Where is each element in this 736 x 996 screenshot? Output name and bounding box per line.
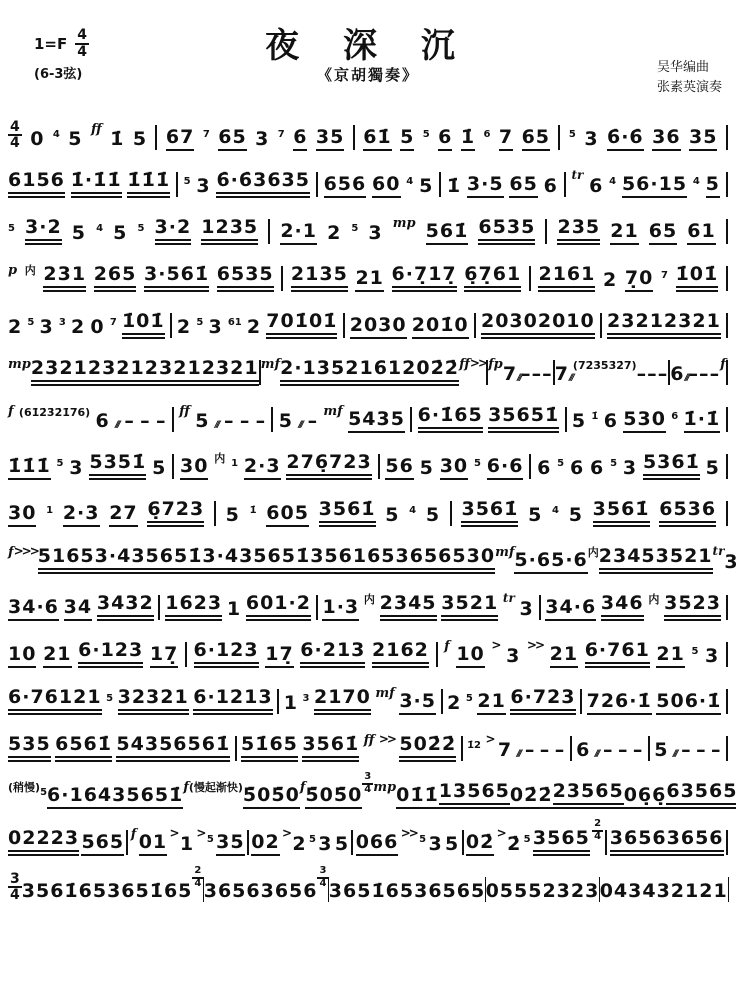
grace-note: 4 [552,505,559,516]
grace-note: 4 [96,223,103,234]
note-group: 5̄05̄0 [305,785,362,809]
note-group: – [521,364,532,386]
note-group: 17̣ [265,644,293,668]
barline [461,736,463,761]
note-group: 17̣ [150,644,178,668]
note-group: 5·6 [514,550,551,574]
note-group: 3565 [533,828,590,856]
grace-note: 4 [406,176,413,187]
music-line: 10216·12317̣6·12317̣6·2132162f10>3>>216·… [6,635,730,668]
note-group: – [647,364,658,386]
barline [570,736,572,761]
note-group: 7̣0 [625,268,653,292]
music-line: 53·254553·212352·1253mp561̇6535235216561 [6,212,730,245]
note-group: 535 [8,734,51,762]
note-group: 530 [623,409,666,433]
note-group: 2 [8,317,22,339]
note-group: 2 [247,317,261,339]
note-group: 30 [440,456,468,480]
barline [281,266,283,291]
note-group: – [532,364,543,386]
note-group: 066 [356,832,399,856]
note-group: 2321 [145,358,202,386]
grace-note: 5 [569,129,576,140]
grace-note: 5 [40,787,47,798]
note-group: 565 [81,832,124,856]
accent-mark: > [485,732,493,746]
note-group: 3·2 [25,217,62,245]
dynamic-mark: mf [261,357,280,372]
note-group: 1̇·1̇ [684,409,721,433]
grace-note: 5 [196,317,203,328]
note-group: – [256,411,267,433]
note-group: 3·561̇ [144,264,209,292]
barline [726,501,728,526]
annotation: (慢起渐快) [189,779,243,795]
music-line: 44045ff1̇5677653763561̇5561̇6765536̇·6̇3… [6,118,730,151]
annotation: (稍慢) [8,779,40,795]
note-group: 35 [689,127,717,151]
note-group: – [681,740,692,762]
dynamic-mark: mp [8,357,31,372]
tremolo-mark: ∕∕∕ [569,373,573,383]
note-group: 30 [180,456,208,480]
grace-note: 5 [57,458,64,469]
barline [564,172,566,197]
note-group: 5̄05̄0 [243,785,300,809]
note-group: 1 [227,599,241,621]
note-group: 2321 [31,358,88,386]
note-group: 2161 [538,264,595,292]
note-group: 726·1̇ [587,691,652,715]
note-group: 3523 [664,593,721,621]
note-group: 2345 [380,593,437,621]
note-group: 5 [569,505,583,527]
note-group: – [699,364,710,386]
note-group: 6·123 [78,640,143,668]
note-group: 5361̇ [643,452,700,480]
dynamic-mark: fp [488,357,503,372]
annotation: 内 [25,262,36,278]
note-group: 605 [266,503,309,527]
annotation: (72̇3̇5̇3̇2̇7) [573,359,637,372]
barline [378,454,380,479]
note-group: 0 [30,129,44,151]
note-group: 2 [71,317,85,339]
note-group: 5 [572,411,586,433]
note-group: – [240,411,251,433]
grace-note: 5 [610,458,617,469]
grace-note: 1 [46,505,53,516]
note-group: – [689,364,700,386]
barline [580,689,582,714]
grace-note: 6 [484,129,491,140]
note-group: 01̇1̇ [396,785,439,809]
dynamic-mark: f [444,639,450,654]
note-group: 65 [509,174,537,198]
time-signature: 44 [8,120,22,151]
note-group: 7 [498,740,512,762]
note-group: – [658,364,669,386]
barline [726,360,728,385]
barline [726,689,728,714]
barline [235,736,237,761]
note-group: 63565 [666,781,736,809]
note-group: 5 [528,505,542,527]
note-group: 5 [426,505,440,527]
note-group: – [124,411,135,433]
note-group: 5 [152,458,166,480]
note-group: 10 [8,644,36,668]
note-group: 701̇01̇ [266,311,337,339]
grace-note: 5 [474,458,481,469]
music-line: 6·761215323216·1213132170mf3·525216·7237… [6,682,730,715]
barline [450,501,452,526]
note-group: 3 [40,317,54,339]
note-group: – [525,740,536,762]
note-group: 6̣723 [147,499,204,527]
meter-change: 24 [192,866,203,889]
grace-note: 5 [351,223,358,234]
music-line: 1̇1̇1̇535351̇530内12·3276̣7235653056·6656… [6,447,730,480]
note-group: – [540,740,551,762]
grace-note: 1 [231,458,238,469]
note-group: 3651̇6536565 [329,881,485,903]
accent-mark: > [169,826,177,840]
barline [185,642,187,667]
music-line: 343561̇653651̇652436563656343651̇6536565… [6,870,730,903]
note-group: 5435 [348,409,405,433]
note-group: 1̇01̇ [676,264,719,292]
note-group: 6̇·6̇3635 [216,170,310,198]
note-group: 6 [604,411,618,433]
note-group: – [637,364,648,386]
dynamic-mark: f [8,404,14,419]
note-group: – [555,740,566,762]
barline [726,125,728,150]
note-group: 61̇ [363,127,391,151]
barline [605,830,607,855]
note-group: 3 [428,834,442,856]
barline [539,595,541,620]
note-group: 1̇ [447,176,461,198]
note-group: 043432121 [600,881,728,903]
note-group: 3·5 [467,174,504,198]
note-group: 5 [400,127,414,151]
tremolo-mark: ∕∕∕ [115,420,119,430]
barline [726,172,728,197]
tremolo-mark: ∕∕∕ [673,749,677,759]
note-group: 2135 [291,264,348,292]
note-group: 3 [724,552,736,574]
note-group: 6 [590,458,604,480]
grace-note: 5 [8,223,15,234]
note-group: 54356561̇ [116,734,230,762]
note-group: 6·723 [510,687,575,715]
note-group: 235 [557,217,600,245]
note-group: – [224,411,235,433]
barline [529,266,531,291]
note-group: – [710,364,721,386]
trill-mark: tr [713,544,725,558]
note-group: – [542,364,553,386]
note-group: 5 [420,458,434,480]
note-group: 5 [226,505,240,527]
note-group: 201̇0 [412,315,469,339]
note-group: 5 [385,505,399,527]
note-group: 3 [623,458,637,480]
note-group: 651̇ [141,785,184,809]
note-group: 5 [445,834,459,856]
note-group: 02 [251,832,279,856]
annotation: 内 [648,591,659,607]
note-group: 1̇1̇1̇ [8,456,51,480]
barline [170,313,172,338]
meter-change: 34 [317,866,328,889]
barline [126,830,128,855]
note-group: 21 [355,268,383,292]
note-group: 5351̇ [89,452,146,480]
note-group: 2170 [314,687,371,715]
note-group: 3 [368,223,382,245]
note-group: 231 [43,264,86,292]
grace-note: 5 [27,317,34,328]
note-group: 23565 [553,781,624,809]
note-group: 2·3 [63,503,100,527]
note-group: 6535 [478,217,535,245]
music-line: 02223565f01>1>53502>2535066>>53502̇>2̇53… [6,823,730,856]
note-group: 3 [318,834,332,856]
note-group: 1235 [201,217,258,245]
note-group: 6·213 [300,640,365,668]
note-group: 561̇ [426,221,469,245]
barline [726,219,728,244]
note-group: 6·761 [585,640,650,668]
note-group: 5 [419,176,433,198]
note-group: 3 [69,458,83,480]
barline [600,313,602,338]
note-group: 56 [385,456,413,480]
note-group: 2·1 [280,221,317,245]
dynamic-mark: f [300,780,306,795]
note-group: 3 [506,646,520,668]
note-group: 3 [520,599,534,621]
note-group: 6 [438,127,452,151]
barline [277,689,279,714]
note-group: 35 [112,785,140,809]
dynamic-mark: f [131,827,137,842]
note-group: 502̇2̇ [399,734,456,762]
barline [726,266,728,291]
note-group: 5 [706,174,720,198]
barline [172,407,174,432]
note-group: 21 [477,691,505,715]
note-group: 0 [90,317,104,339]
note-group: 6·6 [487,456,524,480]
barline [726,454,728,479]
annotation: 内 [364,591,375,607]
note-group: 6·1̇65 [418,405,483,433]
tremolo-mark: ∕∕∕ [685,373,689,383]
note-group: 36 [652,127,680,151]
note-group: 34·6 [8,597,59,621]
note-group: 265 [94,264,137,292]
note-group: – [156,411,167,433]
note-group: 35616536 [310,546,424,574]
time-signature: 34 [8,872,22,903]
accent-mark: > [282,826,290,840]
grace-note: 5 [184,176,191,187]
barline [545,219,547,244]
note-group: – [696,740,707,762]
dynamic-mark: f [720,357,726,372]
barline [316,172,318,197]
note-group: 2321 [88,358,145,386]
barline [529,454,531,479]
note-group: 61 [687,221,715,245]
note-group: 2·135 [280,358,345,386]
note-group: 01 [139,832,167,856]
tremolo-mark: ∕∕∕ [517,373,521,383]
note-group: 5 [706,458,720,480]
barline [474,313,476,338]
note-group: 65 [218,127,246,151]
grace-note: 1̇ [591,411,598,422]
dynamic-mark: ff [459,357,470,372]
page-subtitle: 《京胡獨奏》 [0,64,736,85]
note-group: 5 [72,223,86,245]
accent-mark: >> [401,826,417,840]
note-group: 3 [196,176,210,198]
grace-note: 1̇2 [467,740,481,751]
accent-mark: >> [470,356,486,370]
music-line: f>>>51653·435651̇3·435651̇3561653656530m… [6,541,730,574]
credit-performer: 张素英演奏 [657,78,722,98]
note-group: 6·76121 [8,687,102,715]
note-group: 23212321 [607,311,721,339]
note-group: 3561̇653651̇65 [22,881,193,903]
grace-note: 5 [423,129,430,140]
tremolo-mark: ∕∕∕ [517,749,521,759]
barline [565,407,567,432]
grace-note: 7 [661,270,668,281]
note-group: 3521 [441,593,498,621]
note-group: 60 [372,174,400,198]
music-line: f(61̇2̇3̇2̇1̇76)6∕∕∕–––ff5∕∕∕–––5∕∕∕–mf5… [6,400,730,433]
barline [351,830,353,855]
sheet-music-page: 1=F 4 4 (6-3弦) 夜 深 沉 《京胡獨奏》 吴华编曲 张素英演奏 4… [0,0,736,996]
note-group: 6·123 [194,640,259,668]
note-group: 1·3 [322,597,359,621]
note-group: 3 [255,129,269,151]
barline [441,689,443,714]
note-group: 3561̇ [319,499,376,527]
barline [726,830,728,855]
accent-mark: > [491,638,499,652]
annotation: 内 [214,450,225,466]
note-group: 02̇2̇ [510,785,553,809]
barline [158,595,160,620]
note-group: 1 [180,834,194,856]
grace-note: 7 [278,129,285,140]
note-group: 6 [589,176,603,198]
note-group: 656 [324,174,367,198]
note-group: 6 [537,458,551,480]
note-group: – [603,740,614,762]
note-group: 6̣7̣61 [464,264,521,292]
header: 1=F 4 4 (6-3弦) 夜 深 沉 《京胡獨奏》 吴华编曲 张素英演奏 [0,0,736,112]
note-group: 3 [208,317,222,339]
barline [172,454,174,479]
music-line: 61561̇·1̇1̇1̇1̇1̇536̇·6̇363565660451̇3·5… [6,165,730,198]
note-group: 35 [216,832,244,856]
dynamic-mark: mf [375,686,394,701]
grace-note: 3 [302,693,309,704]
note-group: – [633,740,644,762]
trill-mark: tr [571,168,583,182]
note-group: 6 [670,364,684,386]
note-group: 35 [316,127,344,151]
grace-note: 7 [110,317,117,328]
note-group: 6 [544,176,558,198]
credit-composer: 吴华编曲 [657,58,722,78]
barline [316,595,318,620]
grace-note: 4 [409,505,416,516]
note-group: 1̇·1̇1̇ [71,170,122,198]
note-group: 3432 [97,593,154,621]
dynamic-mark: mf [323,404,342,419]
note-group: 2 [603,270,617,292]
barline [439,172,441,197]
barline [155,125,157,150]
note-group: – [711,740,722,762]
grace-note: 5 [137,223,144,234]
note-group: 1̇1̇1̇ [127,170,170,198]
note-group: 6561̇ [55,734,112,762]
grace-note: 5 [524,834,531,845]
note-group: 2·3 [244,456,281,480]
note-group: 23453521 [599,546,713,574]
note-group: 3 [584,129,598,151]
dynamic-mark: mf [495,545,514,560]
accent-mark: > [497,826,505,840]
credits: 吴华编曲 张素英演奏 [657,58,722,97]
dynamic-mark: ff [364,733,375,748]
note-group: 65 [522,127,550,151]
note-group: 6·7̣17̣ [392,264,457,292]
note-group: 276̣723 [286,452,371,480]
barline [268,219,270,244]
note-group: 13565 [439,781,510,809]
note-group: 2 [327,223,341,245]
note-group: 05552323 [486,881,600,903]
barline [436,642,438,667]
note-group: 6̇·6̇ [607,127,644,151]
note-group: 56·15 [622,174,687,198]
barline [726,736,728,761]
note-group: – [618,740,629,762]
annotation: (61̇2̇3̇2̇1̇76) [19,406,90,419]
note-group: 2̇ [507,834,521,856]
note-group: 2 [177,317,191,339]
note-group: 5 [654,740,668,762]
annotation: 内 [588,544,599,560]
note-group: 5 [195,411,209,433]
tremolo-mark: ∕∕∕ [595,749,599,759]
note-group: 1623 [165,593,222,621]
note-group: 7 [499,127,513,151]
score: 44045ff1̇5677653763561̇5561̇6765536̇·6̇3… [0,112,736,903]
